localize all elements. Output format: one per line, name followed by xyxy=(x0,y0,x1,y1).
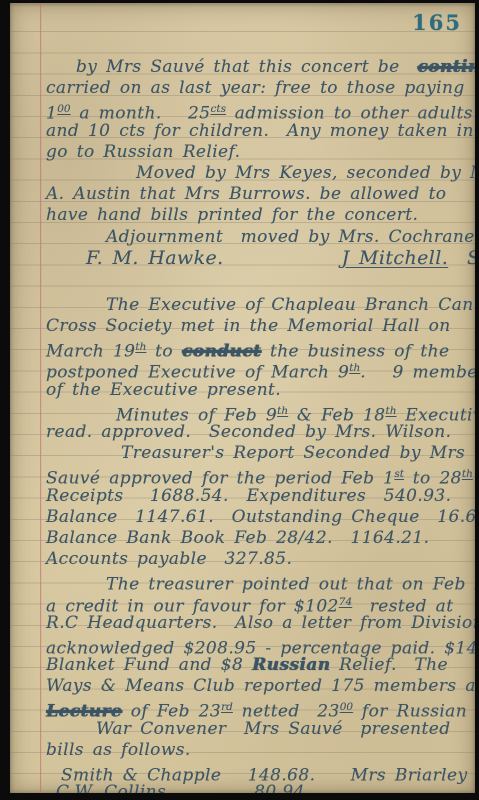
handwriting-line: have hand bills printed for the concert. xyxy=(46,205,469,226)
handwriting-segment-sup: 00 xyxy=(57,103,70,115)
handwriting-line: postponed Executive of March 9th. 9 memb… xyxy=(46,358,469,379)
handwriting-segment: Balance Bank Book Feb 28/42. 1164.21. xyxy=(46,528,429,548)
handwriting-line: Smith & Chapple 148.68. Mrs Briarley $5.… xyxy=(46,761,469,782)
handwriting-segment: Balance 1147.61. Outstanding Cheque 16.6… xyxy=(46,507,475,527)
handwriting-line: read. approved. Seconded by Mrs. Wilson. xyxy=(46,422,469,443)
handwriting-segment: and 10 cts for children. Any money taken… xyxy=(46,121,475,141)
handwriting-segment: read. approved. Seconded by Mrs. Wilson. xyxy=(46,422,451,442)
handwriting-line: a credit in our favour for $10274 rested… xyxy=(46,592,469,613)
handwriting-segment-sup: 00 xyxy=(340,701,353,713)
handwriting-segment: have hand bills printed for the concert. xyxy=(46,205,418,225)
handwriting-segment: Adjournment moved by Mrs. Cochrane. xyxy=(106,227,475,247)
handwriting-line: F. M. Hawke. J Mitchell. Sec'y xyxy=(46,248,469,269)
handwriting-line: Ways & Means Club reported 175 members a… xyxy=(46,676,469,697)
handwriting-segment: . 9 members xyxy=(360,363,475,383)
handwriting-segment: by Mrs Sauvé that this concert be xyxy=(76,57,417,77)
handwriting-line: Moved by Mrs Keyes, seconded by Mrs. xyxy=(46,163,469,184)
handwriting-segment-sig: Sec'y xyxy=(448,247,475,269)
handwriting-segment: A. Austin that Mrs Burrows. be allowed t… xyxy=(46,184,446,204)
handwriting-line: Minutes of Feb 9th & Feb 18th Executive'… xyxy=(46,401,469,422)
handwriting-segment-sup: st xyxy=(394,468,404,480)
handwriting-segment: go to Russian Relief. xyxy=(46,142,240,162)
handwriting-segment-sig: F. M. Hawke. xyxy=(86,247,224,269)
handwriting-segment-sup: th xyxy=(462,468,473,480)
handwriting-segment: Moved by Mrs Keyes, seconded by Mrs. xyxy=(136,163,475,183)
scanned-minute-book-page: 165 by Mrs Sauvé that this concert be co… xyxy=(0,0,479,800)
handwriting-segment: Ways & Means Club reported 175 members a… xyxy=(46,676,475,696)
handwriting-segment-strike: continued xyxy=(417,57,475,77)
handwriting-line: Treasurer's Report Seconded by Mrs xyxy=(46,443,469,464)
handwriting-segment-sup: th xyxy=(277,405,288,417)
handwriting-line: Lecture of Feb 23rd netted 2300 for Russ… xyxy=(46,697,469,718)
handwriting-line: Adjournment moved by Mrs. Cochrane. xyxy=(46,227,469,248)
handwriting-line: Balance 1147.61. Outstanding Cheque 16.6… xyxy=(46,507,469,528)
handwriting-segment: Treasurer's Report Seconded by Mrs xyxy=(121,443,465,463)
handwriting-line: 100 a month. 25cts admission to other ad… xyxy=(46,99,469,120)
handwriting-segment: bills as follows. xyxy=(46,740,191,760)
handwriting-segment-sup: 74 xyxy=(339,596,352,608)
handwriting-line: Sauvé approved for the period Feb 1st to… xyxy=(46,464,469,485)
handwriting-line: March 19th to conduct the business of th… xyxy=(46,337,469,358)
ledger-paper: 165 by Mrs Sauvé that this concert be co… xyxy=(10,3,475,793)
handwriting-segment: Blanket Fund and $8 xyxy=(46,655,252,675)
handwriting-segment-sup: th xyxy=(135,341,146,353)
handwriting-line: Accounts payable 327.85. xyxy=(46,549,469,570)
handwriting-segment: Relief. The xyxy=(330,655,448,675)
handwriting-segment-gap xyxy=(224,249,342,270)
handwriting-segment-over: Russian xyxy=(252,655,330,675)
handwriting-line: R.C Headquarters. Also a letter from Div… xyxy=(46,613,469,634)
handwriting-segment: carried on as last year: free to those p… xyxy=(46,78,465,98)
handwriting-line: by Mrs Sauvé that this concert be contin… xyxy=(46,57,469,78)
handwriting-line: acknowledged $208.95 - percentage paid. … xyxy=(46,634,469,655)
handwriting-line: Receipts 1688.54. Expenditures 540.93. xyxy=(46,486,469,507)
handwriting-line: carried on as last year: free to those p… xyxy=(46,78,469,99)
handwriting-line: bills as follows. xyxy=(46,740,469,761)
handwriting-segment: Accounts payable 327.85. xyxy=(46,549,292,569)
handwriting-segment-sup: rd xyxy=(221,701,233,713)
handwriting-line: The Executive of Chapleau Branch Can. Re… xyxy=(46,295,469,316)
handwriting-segment-sup: th xyxy=(386,405,397,417)
handwriting-line: Cross Society met in the Memorial Hall o… xyxy=(46,316,469,337)
handwriting-line: Blanket Fund and $8 Russian Relief. The xyxy=(46,655,469,676)
handwriting-line: Balance Bank Book Feb 28/42. 1164.21. xyxy=(46,528,469,549)
handwriting-segment: C.W. Collins 80.94 xyxy=(56,782,305,793)
handwriting-segment: R.C Headquarters. Also a letter from Div… xyxy=(46,613,475,633)
handwriting-segment: War Convener Mrs Sauvé presented xyxy=(96,719,451,739)
handwriting-line: go to Russian Relief. xyxy=(46,142,469,163)
handwriting-segment: Cross Society met in the Memorial Hall o… xyxy=(46,316,451,336)
handwriting-line: and 10 cts for children. Any money taken… xyxy=(46,121,469,142)
handwriting-segment: The Executive of Chapleau Branch Can. Re… xyxy=(106,295,475,315)
handwriting-lines: by Mrs Sauvé that this concert be contin… xyxy=(10,3,475,793)
handwriting-line: The treasurer pointed out that on Feb 27… xyxy=(46,570,469,591)
handwriting-segment-sigu: J Mitchell. xyxy=(342,247,449,269)
handwriting-segment: Receipts 1688.54. Expenditures 540.93. xyxy=(46,486,451,506)
handwriting-segment-sup: cts xyxy=(210,103,226,115)
handwriting-segment-sup: th xyxy=(349,362,360,374)
handwriting-line: A. Austin that Mrs Burrows. be allowed t… xyxy=(46,184,469,205)
handwriting-segment: of the Executive present. xyxy=(46,380,281,400)
handwriting-line: War Convener Mrs Sauvé presented xyxy=(46,719,469,740)
paragraph-gap xyxy=(46,269,469,295)
